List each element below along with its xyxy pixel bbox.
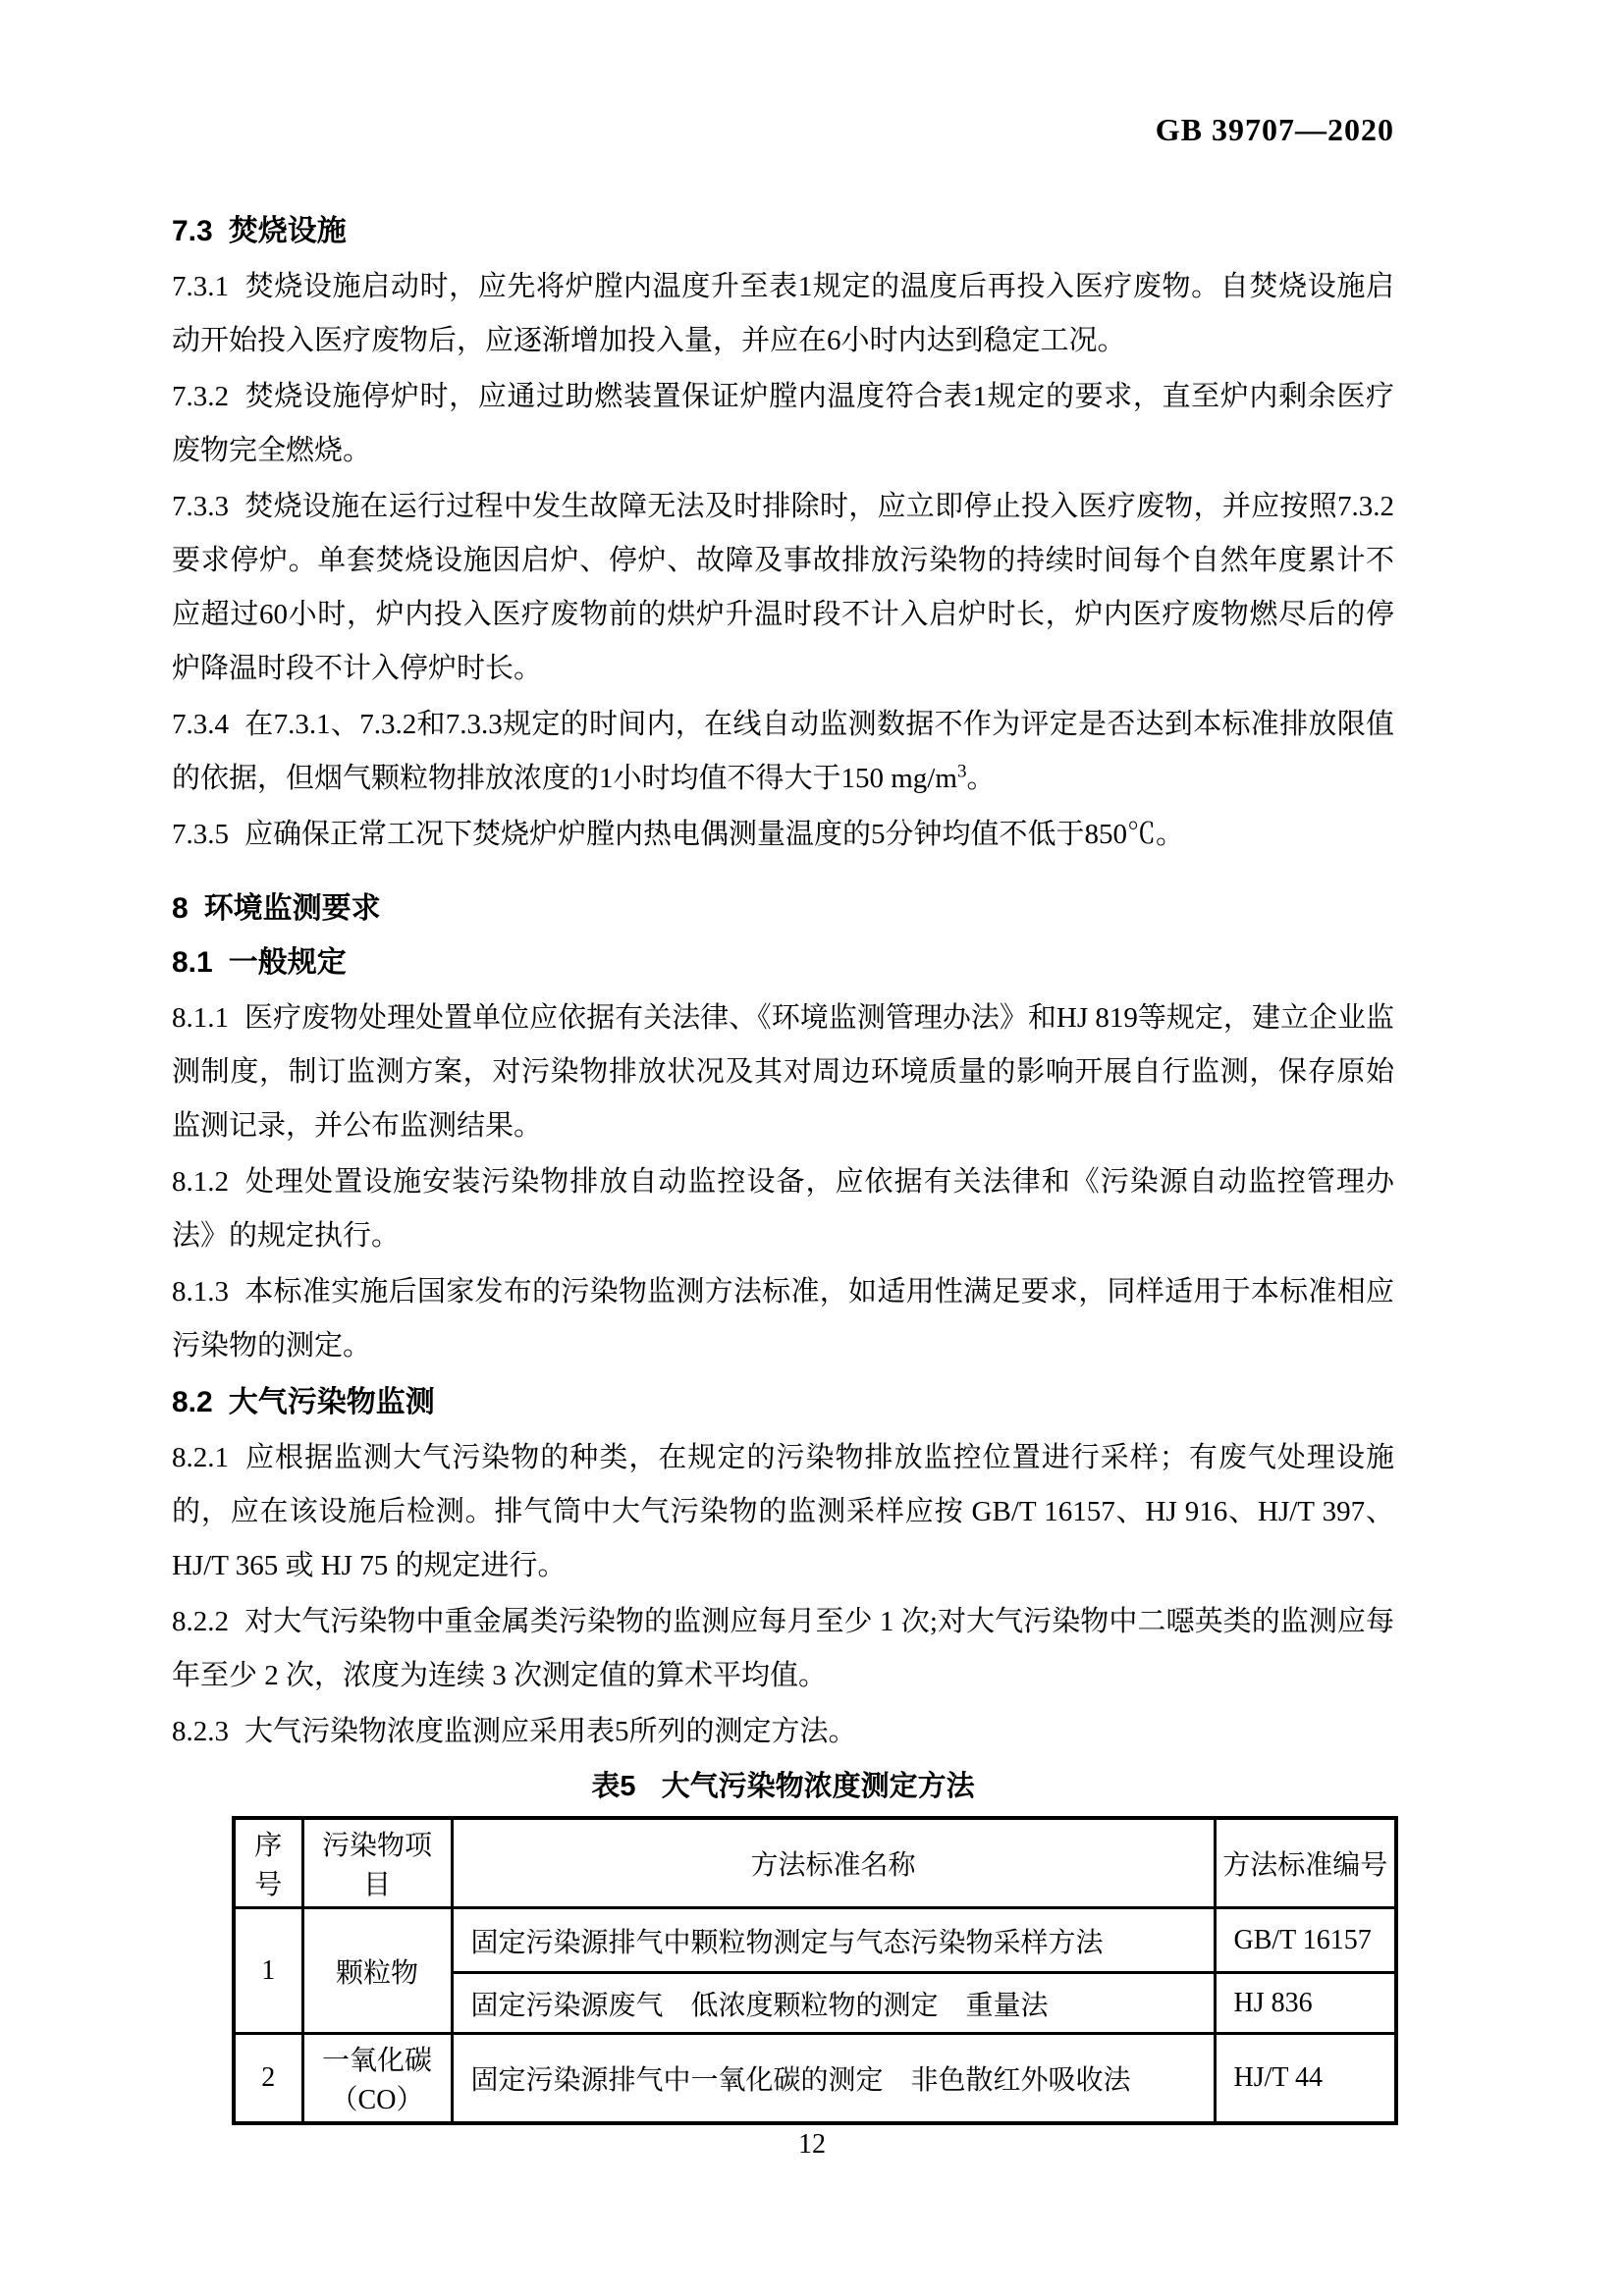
- clause-8-2-3: 8.2.3大气污染物浓度监测应采用表5所列的测定方法。: [172, 1705, 1394, 1759]
- superscript-exponent: 3: [957, 761, 967, 781]
- clause-8-2-1: 8.2.1应根据监测大气污染物的种类，在规定的污染物排放监控位置进行采样；有废气…: [172, 1431, 1394, 1593]
- cell-method-name: 固定污染源废气 低浓度颗粒物的测定 重量法: [452, 1973, 1215, 2034]
- cell-method-name: 固定污染源排气中一氧化碳的测定 非色散红外吸收法: [452, 2034, 1215, 2124]
- column-header-method-code: 方法标准编号: [1215, 1818, 1396, 1908]
- clause-text: 在7.3.1、7.3.2和7.3.3规定的时间内，在线自动监测数据不作为评定是否…: [172, 709, 1394, 794]
- clause-text-end: 。: [966, 763, 995, 794]
- standard-code: GB 39707—2020: [172, 110, 1394, 149]
- table5-caption-title: 大气污染物浓度测定方法: [662, 1771, 975, 1802]
- table5-caption: 表5大气污染物浓度测定方法: [172, 1765, 1394, 1808]
- cell-method-code: HJ/T 44: [1215, 2034, 1396, 2124]
- section-number: 8: [172, 892, 189, 925]
- cell-seq: 2: [234, 2034, 302, 2124]
- table-row: 1 颗粒物 固定污染源排气中颗粒物测定与气态污染物采样方法 GB/T 16157: [234, 1908, 1396, 1973]
- table-row: 2 一氧化碳（CO） 固定污染源排气中一氧化碳的测定 非色散红外吸收法 HJ/T…: [234, 2034, 1396, 2124]
- clause-text: 焚烧设施在运行过程中发生故障无法及时排除时，应立即停止投入医疗废物，并应按照7.…: [172, 491, 1394, 684]
- clause-number: 7.3.4: [172, 709, 229, 740]
- column-header-pollutant: 污染物项目: [302, 1818, 452, 1908]
- cell-seq: 1: [234, 1908, 302, 2034]
- clause-number: 7.3.2: [172, 381, 229, 412]
- clause-number: 8.1.1: [172, 1002, 229, 1034]
- clause-text: 处理处置设施安装污染物排放自动监控设备，应依据有关法律和《污染源自动监控管理办法…: [172, 1166, 1394, 1252]
- table5-caption-label: 表5: [591, 1771, 635, 1802]
- cell-pollutant: 一氧化碳（CO）: [302, 2034, 452, 2124]
- column-header-seq: 序号: [234, 1818, 302, 1908]
- page-number: 12: [0, 2128, 1624, 2162]
- clause-text: 医疗废物处理处置单位应依据有关法律、《环境监测管理办法》和HJ 819等规定，建…: [172, 1002, 1394, 1142]
- clause-number: 7.3.5: [172, 819, 229, 850]
- section-heading-7-3: 7.3焚烧设施: [172, 204, 1394, 258]
- table5: 序号 污染物项目 方法标准名称 方法标准编号 1 颗粒物 固定污染源排气中颗粒物…: [232, 1816, 1398, 2125]
- clause-7-3-2: 7.3.2焚烧设施停炉时，应通过助燃装置保证炉膛内温度符合表1规定的要求，直至炉…: [172, 370, 1394, 478]
- section-heading-8-2: 8.2大气污染物监测: [172, 1375, 1394, 1429]
- clause-number: 8.2.1: [172, 1442, 229, 1473]
- section-title: 环境监测要求: [204, 892, 381, 925]
- clause-number: 7.3.3: [172, 491, 229, 522]
- clause-text: 焚烧设施停炉时，应通过助燃装置保证炉膛内温度符合表1规定的要求，直至炉内剩余医疗…: [172, 381, 1394, 466]
- cell-method-name: 固定污染源排气中颗粒物测定与气态污染物采样方法: [452, 1908, 1215, 1973]
- clause-7-3-3: 7.3.3焚烧设施在运行过程中发生故障无法及时排除时，应立即停止投入医疗废物，并…: [172, 480, 1394, 696]
- cell-method-code: GB/T 16157: [1215, 1908, 1396, 1973]
- section-number: 8.2: [172, 1386, 213, 1418]
- section-heading-8-1: 8.1一般规定: [172, 935, 1394, 989]
- column-header-method-name: 方法标准名称: [452, 1818, 1215, 1908]
- clause-number: 7.3.1: [172, 271, 229, 302]
- clause-8-1-2: 8.1.2处理处置设施安装污染物排放自动监控设备，应依据有关法律和《污染源自动监…: [172, 1155, 1394, 1263]
- cell-pollutant: 颗粒物: [302, 1908, 452, 2034]
- section-number: 8.1: [172, 946, 213, 979]
- clause-text: 焚烧设施启动时，应先将炉膛内温度升至表1规定的温度后再投入医疗废物。自焚烧设施启…: [172, 271, 1394, 356]
- cell-method-code: HJ 836: [1215, 1973, 1396, 2034]
- clause-number: 8.1.3: [172, 1276, 229, 1308]
- document-page: GB 39707—2020 7.3焚烧设施 7.3.1焚烧设施启动时，应先将炉膛…: [0, 0, 1624, 2296]
- clause-number: 8.1.2: [172, 1166, 229, 1198]
- clause-number: 8.2.3: [172, 1716, 229, 1747]
- clause-text: 对大气污染物中重金属类污染物的监测应每月至少 1 次;对大气污染物中二噁英类的监…: [172, 1606, 1394, 1691]
- clause-7-3-5: 7.3.5应确保正常工况下焚烧炉炉膛内热电偶测量温度的5分钟均值不低于850℃。: [172, 808, 1394, 862]
- clause-text: 应确保正常工况下焚烧炉炉膛内热电偶测量温度的5分钟均值不低于850℃。: [244, 819, 1184, 850]
- clause-text: 本标准实施后国家发布的污染物监测方法标准，如适用性满足要求，同样适用于本标准相应…: [172, 1276, 1394, 1362]
- table5-header-row: 序号 污染物项目 方法标准名称 方法标准编号: [234, 1818, 1396, 1908]
- clause-text: 大气污染物浓度监测应采用表5所列的测定方法。: [244, 1716, 857, 1747]
- clause-8-2-2: 8.2.2对大气污染物中重金属类污染物的监测应每月至少 1 次;对大气污染物中二…: [172, 1595, 1394, 1703]
- clause-text: 应根据监测大气污染物的种类，在规定的污染物排放监控位置进行采样；有废气处理设施的…: [172, 1442, 1394, 1581]
- clause-7-3-1: 7.3.1焚烧设施启动时，应先将炉膛内温度升至表1规定的温度后再投入医疗废物。自…: [172, 260, 1394, 368]
- clause-number: 8.2.2: [172, 1606, 229, 1637]
- clause-8-1-3: 8.1.3本标准实施后国家发布的污染物监测方法标准，如适用性满足要求，同样适用于…: [172, 1265, 1394, 1373]
- section-title: 焚烧设施: [229, 215, 347, 247]
- section-title: 一般规定: [229, 946, 347, 979]
- section-title: 大气污染物监测: [229, 1386, 435, 1418]
- section-number: 7.3: [172, 215, 213, 247]
- section-heading-8: 8环境监测要求: [172, 881, 1394, 935]
- clause-7-3-4: 7.3.4在7.3.1、7.3.2和7.3.3规定的时间内，在线自动监测数据不作…: [172, 698, 1394, 806]
- clause-8-1-1: 8.1.1医疗废物处理处置单位应依据有关法律、《环境监测管理办法》和HJ 819…: [172, 991, 1394, 1153]
